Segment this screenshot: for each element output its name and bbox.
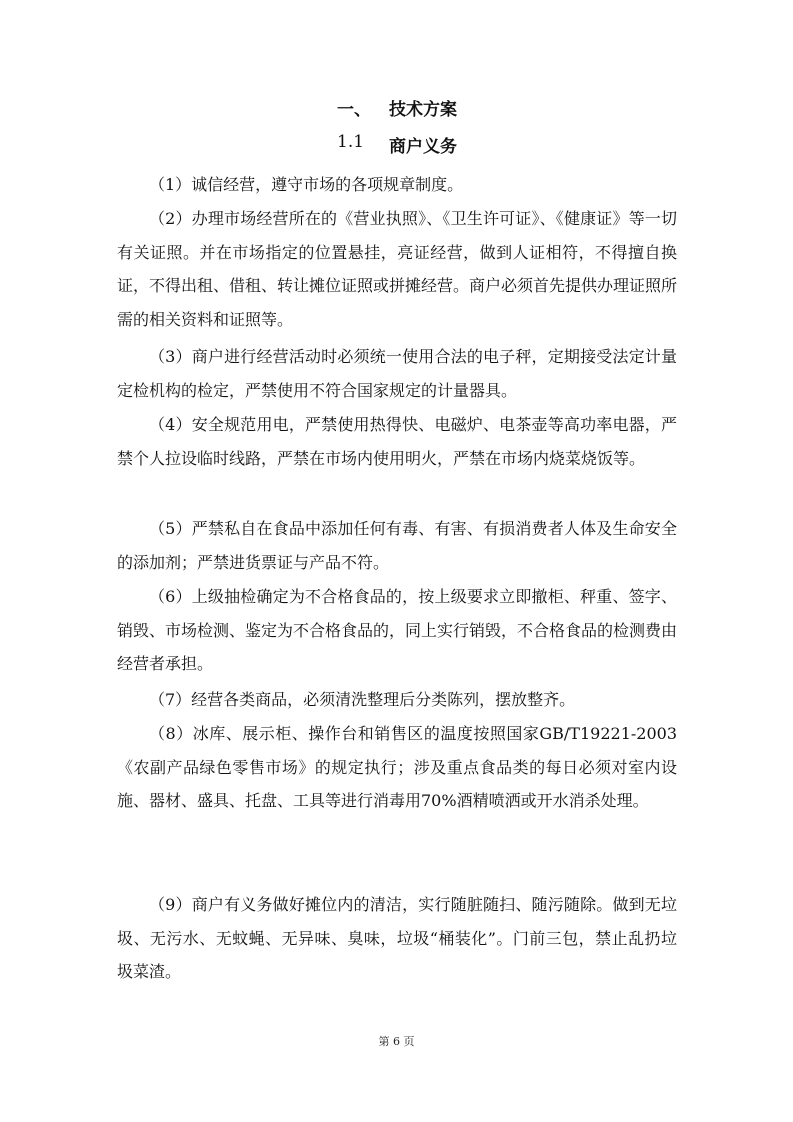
- paragraph-7: （7）经营各类商品，必须清洗整理后分类陈列，摆放整齐。: [117, 683, 677, 717]
- paragraph-8: （8）冰库、展示柜、操作台和销售区的温度按照国家GB/T19221-2003《农…: [117, 717, 677, 818]
- document-page: 一、 技术方案 1.1 商户义务 （1）诚信经营，遵守市场的各项规章制度。 （2…: [0, 0, 793, 1122]
- subsection-title: 商户义务: [389, 132, 457, 157]
- paragraph-5: （5）严禁私自在食品中添加任何有毒、有害、有损消费者人体及生命安全的添加剂；严禁…: [117, 512, 677, 579]
- paragraph-6: （6）上级抽检确定为不合格食品的，按上级要求立即撤柜、秤重、签字、销毁、市场检测…: [117, 580, 677, 681]
- section-number: 一、: [337, 95, 371, 120]
- page-number-footer: 第 6 页: [0, 1033, 793, 1049]
- paragraph-9: （9）商户有义务做好摊位内的清洁，实行随脏随扫、随污随除。做到无垃圾、无污水、无…: [117, 888, 677, 989]
- section-title: 技术方案: [389, 95, 457, 120]
- paragraph-2: （2）办理市场经营所在的《营业执照》、《卫生许可证》、《健康证》等一切有关证照。…: [117, 202, 677, 336]
- paragraph-4: （4）安全规范用电，严禁使用热得快、电磁炉、电茶壶等高功率电器，严禁个人拉设临时…: [117, 408, 677, 475]
- paragraph-1: （1）诚信经营，遵守市场的各项规章制度。: [117, 168, 677, 202]
- paragraph-3: （3）商户进行经营活动时必须统一使用合法的电子秤，定期接受法定计量定检机构的检定…: [117, 340, 677, 407]
- subsection-number: 1.1: [337, 132, 364, 152]
